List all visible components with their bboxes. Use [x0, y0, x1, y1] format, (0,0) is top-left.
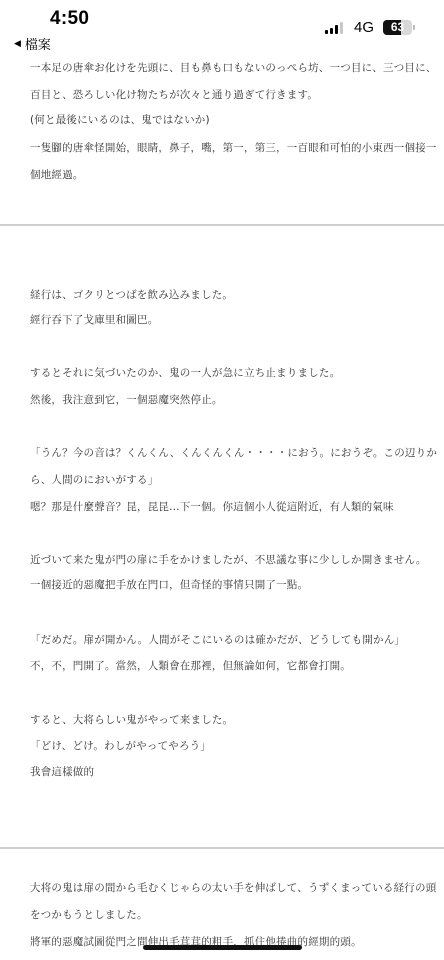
back-to-files-button[interactable]: ◀ 檔案	[14, 34, 51, 53]
text-line: 百目と、恐ろしい化け物たちが次々と通り過ぎて行きます。	[30, 87, 318, 102]
text-line: 然後，我注意到它，一個惡魔突然停止。	[30, 392, 223, 407]
text-line: 一隻腳的唐傘怪開始，眼睛，鼻子，嘴，第一，第三，一百眼和可怕的小東西一個接一	[30, 140, 437, 155]
text-line: 近づいて来た鬼が門の扉に手をかけましたが、不思議な事に少ししか開きません。	[30, 552, 427, 567]
page-divider	[0, 847, 444, 849]
text-line: 我會這樣做的	[30, 764, 94, 779]
status-bar: 4:50 4G 63	[0, 0, 444, 40]
text-line: 經行吞下了戈庫里和圖巴。	[30, 312, 158, 327]
back-triangle-icon: ◀	[14, 39, 21, 49]
text-line: すると、大将らしい鬼がやって来ました。	[30, 712, 233, 727]
text-line: 経行は、ゴクリとつばを飲み込みました。	[30, 287, 233, 302]
text-line: 「だめだ。扉が開かん。人間がそこにいるのは確かだが、どうしても開かん」	[30, 632, 405, 647]
text-line: 「うん？今の音は？くんくん、くんくんくん・・・・におう。におうぞ。この辺りか	[30, 445, 437, 460]
back-label: 檔案	[25, 34, 51, 53]
text-line: 個地經過。	[30, 167, 84, 182]
battery-percent: 63	[383, 20, 412, 35]
text-line: 不，不，門開了。當然，人類會在那裡，但無論如何，它都會打開。	[30, 658, 351, 673]
text-line: 「どけ、どけ。わしがやってやろう」	[30, 738, 211, 753]
battery-icon: 63	[383, 20, 412, 35]
text-line: (何と最後にいるのは、鬼ではないか)	[30, 112, 210, 127]
battery-cap	[413, 25, 415, 30]
clock-time: 4:50	[50, 8, 89, 30]
text-line: 一個接近的惡魔把手放在門口，但奇怪的事情只開了一點。	[30, 577, 308, 592]
text-line: 大将の鬼は扉の間から毛むくじゃらの太い手を伸ばして、うずくまっている経行の頭	[30, 880, 436, 895]
network-type: 4G	[354, 19, 374, 36]
text-line: 一本足の唐傘お化けを先頭に、目も鼻も口もないのっぺら坊、一つ目に、三つ目に、	[30, 60, 437, 75]
home-indicator[interactable]	[143, 945, 302, 950]
page-divider	[0, 224, 444, 226]
text-line: 嗯？那是什麼聲音？昆，昆昆...下一個。你這個小人從這附近，有人類的氣味	[30, 499, 394, 514]
text-line: ら、人間のにおいがする」	[30, 472, 158, 487]
cellular-signal-icon	[325, 22, 343, 34]
text-line: をつかもうとしました。	[30, 907, 148, 922]
text-line: するとそれに気づいたのか、鬼の一人が急に立ち止まりました。	[30, 365, 340, 380]
